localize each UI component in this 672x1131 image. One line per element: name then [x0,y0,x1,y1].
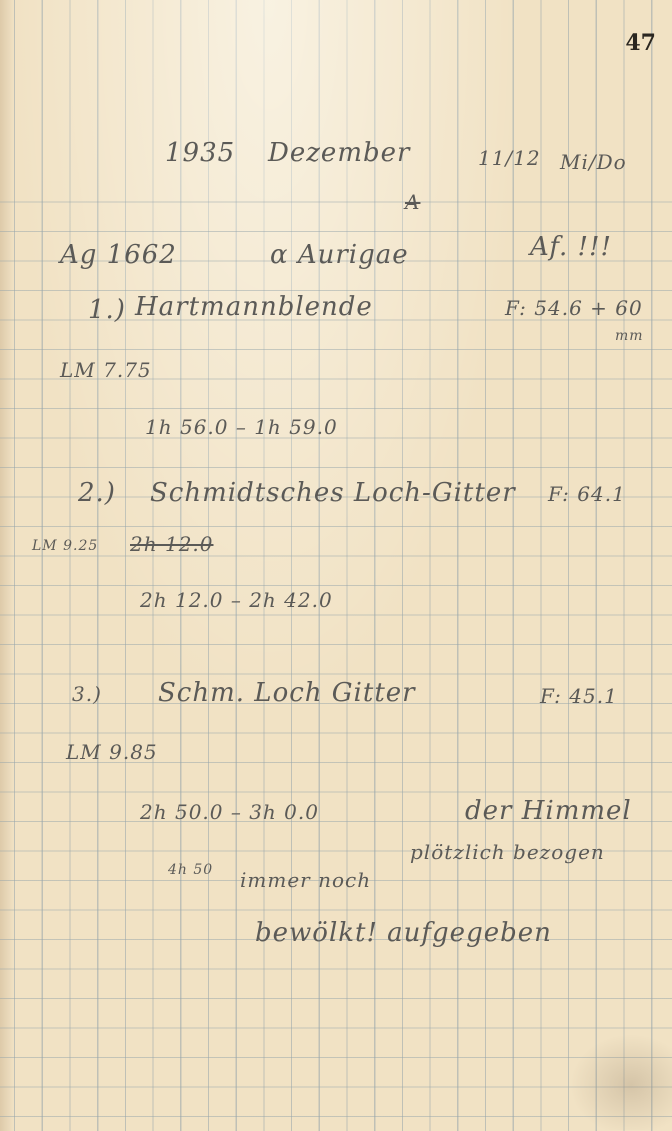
entry-1-focus: F: 54.6 + 60 [505,296,643,320]
entry-2-focus: F: 64.1 [548,482,626,506]
entry-1-title: Hartmannblende [135,292,373,322]
entry-3-number: 3.) [72,682,102,706]
object-note: Af. !!! [530,232,612,262]
entry-2-lm: LM 9.25 [32,538,98,554]
entry-2-time: 2h 12.0 – 2h 42.0 [140,588,333,612]
entry-1-focus-unit: mm [615,328,644,344]
entry-1-number: 1.) [88,295,126,325]
entry-3-remark-2: plötzlich bezogen [410,840,605,864]
entry-2-struck-time: 2h 12.0 [130,532,214,556]
header-weekday: Mi/Do [560,150,627,174]
catalog-number: Ag 1662 [60,240,177,270]
header-date: 11/12 [478,146,541,170]
crossed-mark: A [405,190,420,214]
entry-3-time: 2h 50.0 – 3h 0.0 [140,800,319,824]
entry-3-remark-4: bewölkt! aufgegeben [255,918,552,948]
star-name: α Aurigae [270,240,409,270]
entry-3-focus: F: 45.1 [540,684,618,708]
entry-3-later-time: 4h 50 [168,862,213,878]
header-month: Dezember [268,138,410,168]
entry-3-remark-3: immer noch [240,868,371,892]
entry-1-lm: LM 7.75 [60,358,152,382]
entry-2-number: 2.) [78,478,116,508]
notebook-page: 47 1935 Dezember 11/12 Mi/Do A Ag 1662 α… [0,0,672,1131]
entry-1-time: 1h 56.0 – 1h 59.0 [145,415,338,439]
entry-3-title: Schm. Loch Gitter [158,678,416,708]
entry-3-lm: LM 9.85 [66,740,158,764]
header-year: 1935 [165,138,235,168]
entry-2-title: Schmidtsches Loch-Gitter [150,478,516,508]
fingerprint-smudge [565,1030,672,1130]
entry-3-remark-1: der Himmel [465,796,632,826]
page-number: 47 [625,30,656,56]
